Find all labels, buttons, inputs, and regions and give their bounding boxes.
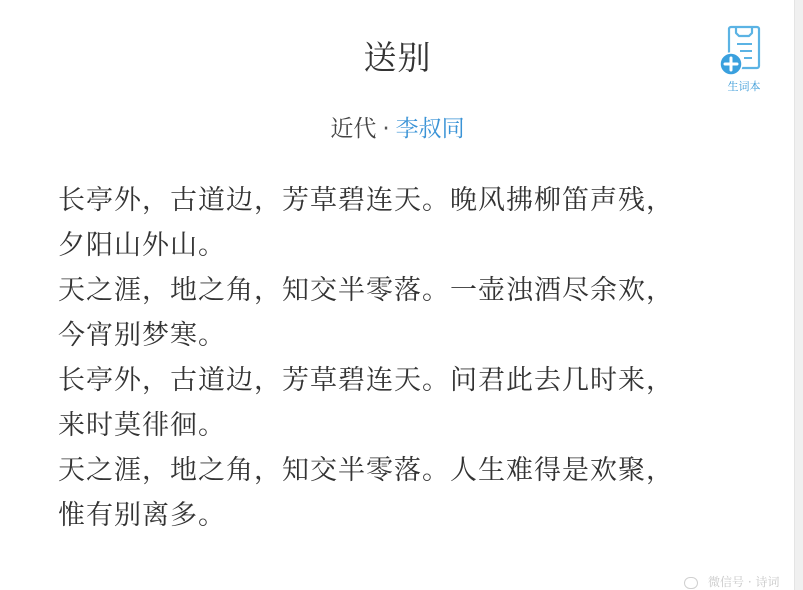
wechat-icon	[684, 577, 698, 589]
poem-title: 送别	[0, 36, 795, 80]
scrollbar-track[interactable]	[794, 0, 803, 590]
watermark-text: 微信号 · 诗词	[708, 575, 779, 589]
poem-line: 天之涯，地之角，知交半零落。一壶浊酒尽余欢，	[58, 268, 758, 313]
poem-line: 今宵别梦寒。	[58, 313, 758, 358]
notebook-plus-icon	[716, 24, 772, 80]
poem-dynasty: 近代	[330, 116, 376, 142]
vocab-label: 生词本	[716, 80, 772, 94]
poem-line: 天之涯，地之角，知交半零落。人生难得是欢聚，	[58, 448, 758, 493]
poem-line: 长亭外，古道边，芳草碧连天。问君此去几时来，	[58, 358, 758, 403]
poem-line: 来时莫徘徊。	[58, 403, 758, 448]
poem-line: 长亭外，古道边，芳草碧连天。晚风拂柳笛声残，	[58, 178, 758, 223]
poem-line: 夕阳山外山。	[58, 223, 758, 268]
poem-page: 送别 近代·李叔同 生词本 长亭外，古道边，芳草碧连天。晚风拂柳笛声残， 夕阳山…	[0, 0, 795, 590]
poem-meta: 近代·李叔同	[0, 113, 795, 145]
meta-separator: ·	[382, 116, 389, 142]
add-to-vocabulary-button[interactable]: 生词本	[716, 24, 772, 96]
poem-author-link[interactable]: 李叔同	[396, 116, 465, 142]
watermark: 微信号 · 诗词	[684, 575, 779, 590]
poem-line: 惟有别离多。	[58, 493, 758, 538]
poem-body: 长亭外，古道边，芳草碧连天。晚风拂柳笛声残， 夕阳山外山。 天之涯，地之角，知交…	[58, 178, 758, 538]
